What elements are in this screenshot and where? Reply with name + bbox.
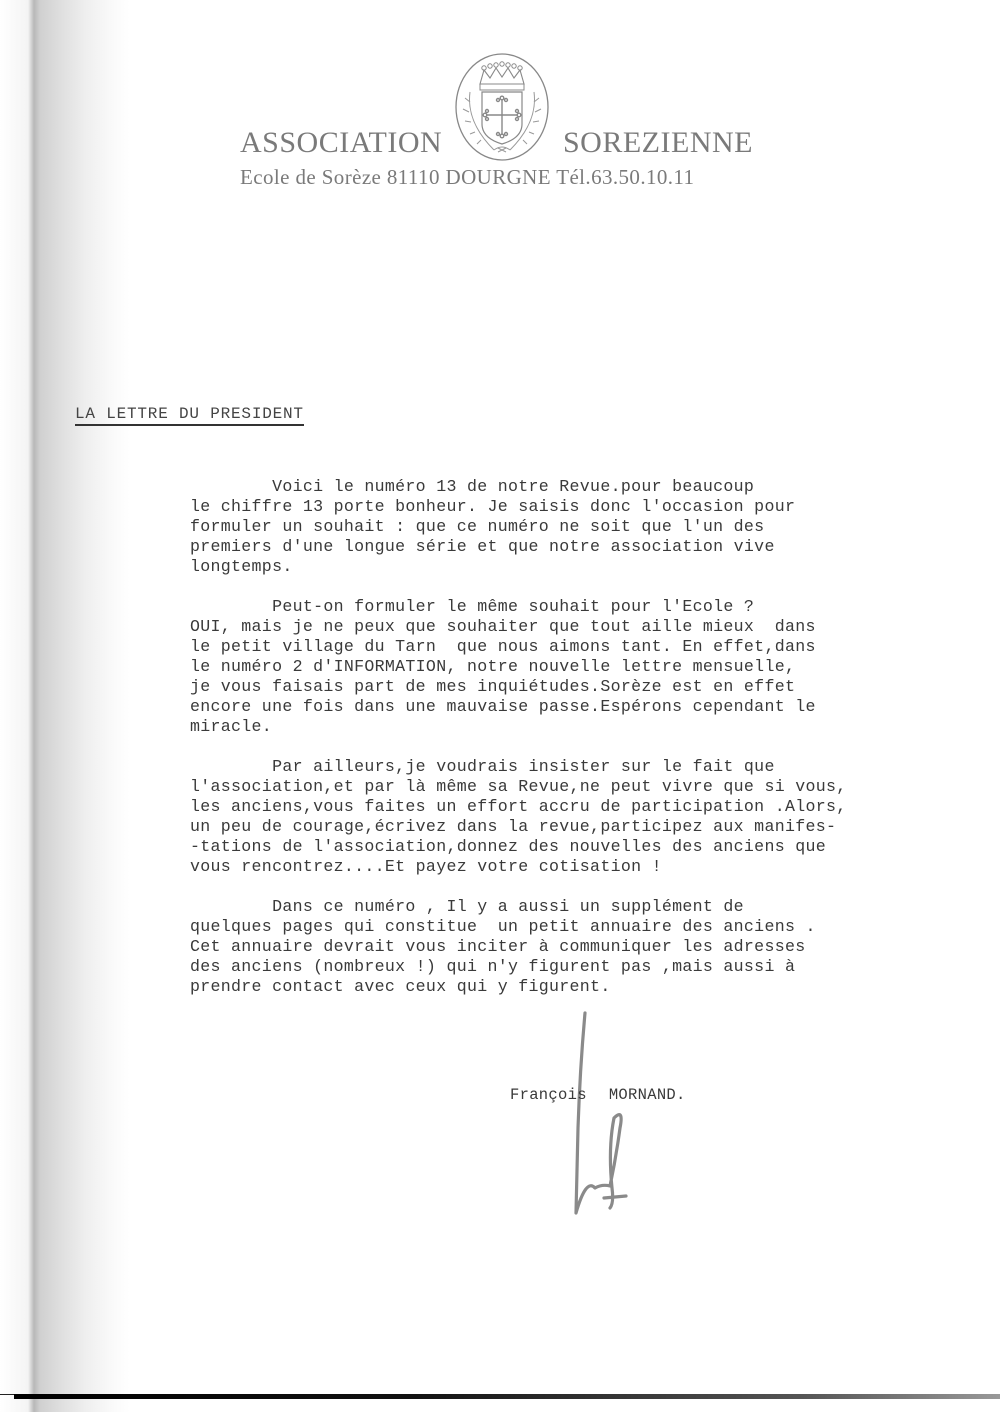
letter-paragraph: Dans ce numéro , Il y a aussi un supplém… xyxy=(190,897,890,997)
text-line: je vous faisais part de mes inquiétudes.… xyxy=(190,677,890,697)
coat-of-arms-icon xyxy=(454,52,550,162)
text-line: miracle. xyxy=(190,717,890,737)
text-line: Peut-on formuler le même souhait pour l'… xyxy=(190,597,890,617)
org-address: Ecole de Sorèze 81110 DOURGNE Tél.63.50.… xyxy=(240,165,694,190)
text-line: des anciens (nombreux !) qui n'y figuren… xyxy=(190,957,890,977)
text-line: Voici le numéro 13 de notre Revue.pour b… xyxy=(190,477,890,497)
text-line: le petit village du Tarn que nous aimons… xyxy=(190,637,890,657)
letter-body: Voici le numéro 13 de notre Revue.pour b… xyxy=(190,477,890,1017)
handwritten-signature xyxy=(560,1008,660,1218)
text-line: Cet annuaire devrait vous inciter à comm… xyxy=(190,937,890,957)
text-line: les anciens,vous faites un effort accru … xyxy=(190,797,890,817)
signer-first-name: François xyxy=(510,1086,587,1104)
letter-paragraph: Peut-on formuler le même souhait pour l'… xyxy=(190,597,890,737)
letterhead: ASSOCIATION SOREZIENNE Ecole de Sorèze 8… xyxy=(0,0,1000,200)
text-line: prendre contact avec ceux qui y figurent… xyxy=(190,977,890,997)
signer-last-name: MORNAND. xyxy=(609,1086,686,1104)
text-line: un peu de courage,écrivez dans la revue,… xyxy=(190,817,890,837)
letter-paragraph: Voici le numéro 13 de notre Revue.pour b… xyxy=(190,477,890,577)
text-line: quelques pages qui constitue un petit an… xyxy=(190,917,890,937)
text-line: vous rencontrez....Et payez votre cotisa… xyxy=(190,857,890,877)
scan-binding-shadow xyxy=(0,0,130,1412)
scan-edge-mark xyxy=(0,1394,14,1395)
text-line: l'association,et par là même sa Revue,ne… xyxy=(190,777,890,797)
text-line: formuler un souhait : que ce numéro ne s… xyxy=(190,517,890,537)
text-line: premiers d'une longue série et que notre… xyxy=(190,537,890,557)
org-name-right: SOREZIENNE xyxy=(563,126,753,160)
text-line: Par ailleurs,je voudrais insister sur le… xyxy=(190,757,890,777)
text-line: le chiffre 13 porte bonheur. Je saisis d… xyxy=(190,497,890,517)
signer-name: FrançoisMORNAND. xyxy=(510,1086,686,1104)
text-line: OUI, mais je ne peux que souhaiter que t… xyxy=(190,617,890,637)
scan-bottom-edge xyxy=(14,1394,1000,1399)
letter-paragraph: Par ailleurs,je voudrais insister sur le… xyxy=(190,757,890,877)
text-line: longtemps. xyxy=(190,557,890,577)
text-line: encore une fois dans une mauvaise passe.… xyxy=(190,697,890,717)
org-name-left: ASSOCIATION xyxy=(240,126,442,160)
text-line: -tations de l'association,donnez des nou… xyxy=(190,837,890,857)
letter-heading: LA LETTRE DU PRESIDENT xyxy=(75,405,304,426)
text-line: Dans ce numéro , Il y a aussi un supplém… xyxy=(190,897,890,917)
text-line: le numéro 2 d'INFORMATION, notre nouvell… xyxy=(190,657,890,677)
